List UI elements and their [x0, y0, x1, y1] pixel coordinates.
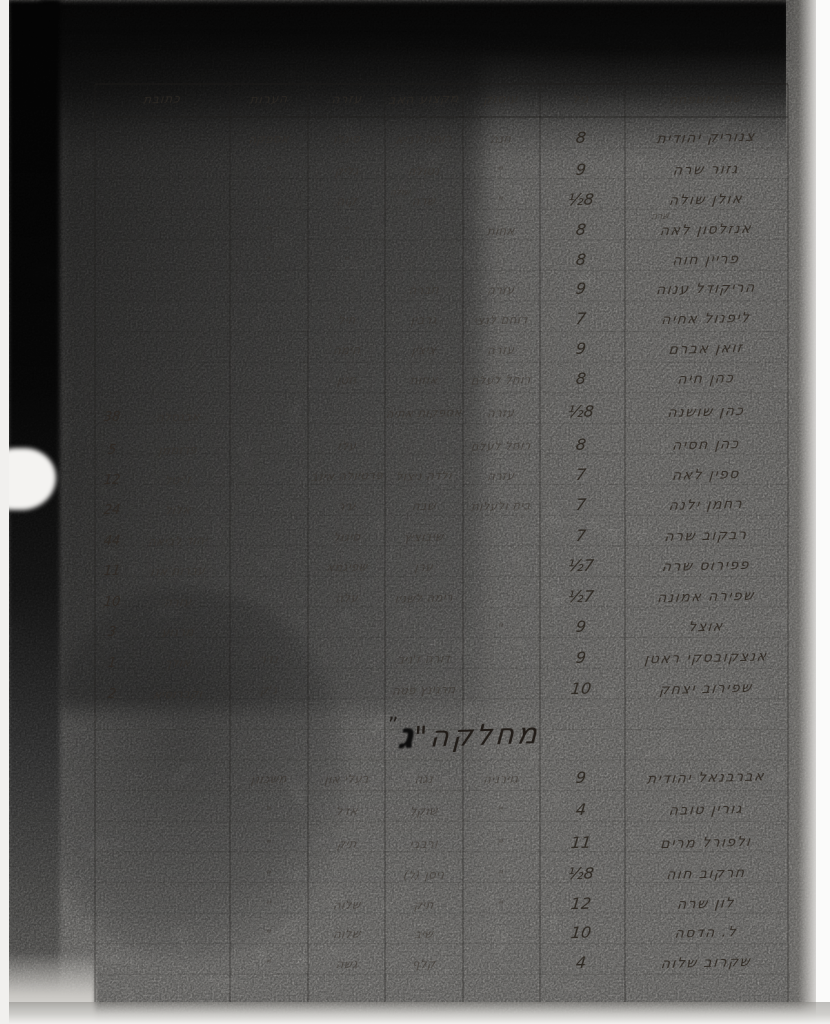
handwritten-cell: 10	[103, 595, 121, 610]
handwritten-cell: אלול	[164, 503, 191, 518]
handwritten-cell: "	[265, 254, 272, 268]
handwritten-cell: ערן	[414, 560, 434, 574]
handwritten-cell: חטן	[336, 373, 357, 388]
handwritten-cell: אדל	[335, 804, 358, 819]
pupil-name: ליפנול אחיה	[661, 310, 752, 328]
age-value: 4	[575, 953, 587, 972]
handwritten-cell: קוה	[336, 194, 358, 209]
column-header: מקצוע האב	[388, 91, 460, 107]
pupil-name: ל. הדסה	[674, 924, 738, 942]
handwritten-cell: פרטיולה אינב	[310, 468, 384, 484]
handwritten-cell: עזרה	[487, 343, 516, 358]
pupil-name: פריין חוה	[672, 251, 741, 269]
pupil-name: פפירוס שרה	[661, 557, 751, 575]
handwritten-cell: נגה	[414, 772, 434, 786]
age-value: 9	[575, 160, 587, 179]
handwritten-cell: "	[497, 837, 504, 851]
age-value: 8	[575, 250, 587, 269]
handwritten-cell: "	[497, 804, 504, 818]
handwritten-cell: בעלי און	[324, 771, 370, 786]
pupil-name: אוצל	[687, 619, 724, 636]
handwritten-cell: 44	[103, 534, 121, 549]
pupil-name: כהן חיה	[677, 370, 735, 387]
handwritten-cell: יהוד לביאה	[148, 533, 209, 549]
handwritten-cell: תיק	[336, 837, 357, 852]
handwritten-cell: שרה	[651, 212, 669, 222]
handwritten-cell: "	[265, 957, 272, 971]
handwritten-cell: פרוממן	[158, 442, 198, 457]
column-header: עיסוק	[483, 92, 519, 107]
handwritten-cell: גליק	[334, 164, 359, 179]
handwritten-cell: גרבין	[410, 313, 438, 328]
handwritten-cell: שיב	[414, 927, 434, 941]
handwritten-cell: עזרה	[164, 595, 193, 610]
pupil-name: גזור שרה	[672, 161, 739, 179]
pupil-name: זואן אברם	[668, 340, 744, 358]
age-value: 11	[570, 833, 592, 853]
handwritten-cell: רוחל לעלם	[470, 438, 531, 454]
handwritten-cell: "	[265, 927, 272, 941]
handwritten-cell: ניסן (ל)	[403, 867, 445, 882]
column-header: עזרה	[331, 92, 363, 107]
handwritten-cell: סיגול	[333, 530, 361, 545]
handwritten-cell: שבה	[411, 499, 436, 514]
age-value: 8	[575, 369, 587, 388]
handwritten-cell: אספקות אתיה	[385, 405, 462, 421]
column-header: גיל	[572, 92, 591, 106]
handwritten-cell: 2	[107, 687, 117, 702]
handwritten-cell: "	[265, 224, 272, 238]
handwritten-cell: עברות אנו	[150, 563, 206, 578]
divider-quote-mark: „	[388, 700, 398, 724]
age-value: 7	[575, 309, 587, 328]
handwritten-cell: חיל	[337, 313, 357, 327]
pupil-name: גורין טובה	[668, 801, 744, 819]
handwritten-cell: "	[497, 621, 504, 635]
handwritten-cell: 5	[107, 443, 117, 458]
handwritten-cell: 24	[103, 503, 121, 518]
handwritten-cell: שוקל	[409, 804, 438, 819]
age-value: 7½	[567, 587, 595, 607]
handwritten-cell: שפיגמא	[326, 559, 369, 574]
handwritten-cell: נטולה	[407, 164, 440, 179]
handwritten-cell: "	[497, 194, 504, 208]
handwritten-cell: קלף	[412, 957, 437, 972]
pupil-name: אנזלסון לאה	[659, 221, 753, 239]
section-divider-handwritten: מחלקה"ג	[396, 708, 635, 757]
handwritten-cell: "	[343, 254, 350, 268]
handwritten-cell: "	[265, 898, 272, 912]
handwritten-cell: 38	[103, 410, 121, 425]
pupil-name: אולן שולה	[668, 191, 743, 209]
column-header: הערות	[249, 92, 289, 107]
handwritten-cell: 11	[103, 564, 121, 579]
handwritten-cell: שרה	[411, 194, 436, 209]
handwritten-cell: "	[343, 224, 350, 238]
scanned-register-page: „ מחלקה"ג שם ומשפחהגילעיסוקמקצוע האבעזרה…	[0, 0, 830, 1024]
handwritten-cell: דורה ז'ניב	[397, 651, 452, 666]
handwritten-cell: "	[265, 164, 272, 178]
column-header: כתובת	[143, 92, 182, 107]
age-value: 9	[575, 617, 587, 636]
handwritten-cell: רוחה לביא	[395, 131, 453, 146]
handwritten-cell: תיק	[413, 898, 434, 913]
divider-letter: ג	[396, 716, 415, 758]
handwritten-cell: "	[497, 898, 504, 912]
handwritten-cell: ג'ק	[260, 683, 279, 697]
handwritten-cell: אחות	[409, 373, 438, 388]
age-value: 10	[570, 679, 592, 699]
handwritten-cell: גשה	[335, 957, 358, 972]
handwritten-cell: "	[265, 868, 272, 882]
pupil-name: שפירה אמונה	[656, 588, 755, 607]
handwritten-cell: 3	[107, 625, 117, 640]
age-value: 7½	[567, 556, 595, 576]
column-header: שם ומשפחה	[669, 91, 743, 107]
age-value: 7	[575, 465, 587, 484]
handwritten-cell: וקברוסיא	[153, 686, 204, 701]
handwritten-cell: חנה	[490, 132, 513, 147]
pupil-name: ולפורל מרים	[660, 834, 753, 852]
handwritten-cell: מרגוע	[161, 625, 194, 640]
pupil-name: לון שרה	[676, 895, 735, 913]
age-value: 7	[575, 526, 587, 545]
handwritten-cell: הימה	[333, 343, 362, 358]
handwritten-cell: אספקה	[248, 131, 290, 146]
handwritten-cell: 1	[107, 656, 117, 671]
handwritten-cell: חברה	[408, 283, 440, 298]
handwriting-layer: „ מחלקה"ג שם ומשפחהגילעיסוקמקצוע האבעזרה…	[0, 0, 830, 1024]
pupil-name: רחמן ילנה	[668, 496, 744, 514]
handwritten-cell: ורבבי	[409, 837, 438, 852]
handwritten-cell: מרגינץ פטה	[392, 682, 457, 698]
pupil-name: צנוריק יהודית	[656, 129, 757, 148]
handwritten-cell: אבגסלה	[155, 409, 200, 424]
handwritten-cell: עזרה	[487, 406, 516, 421]
age-value: 9	[575, 648, 587, 667]
age-value: 8½	[567, 190, 595, 210]
age-value: 9	[575, 339, 587, 358]
handwritten-cell: עלז	[337, 439, 358, 453]
age-value: 8½	[567, 864, 595, 884]
handwritten-cell: עזרה	[487, 283, 516, 298]
handwritten-cell: עלה	[335, 591, 359, 606]
handwritten-cell: 12	[103, 473, 121, 488]
age-value: 8	[575, 128, 587, 147]
pupil-name: הריקודל ענוה	[655, 280, 756, 299]
handwritten-cell: ז'יטל	[164, 473, 192, 488]
handwritten-cell: משכונן	[250, 772, 287, 787]
pupil-name: ספין לאה	[671, 466, 740, 484]
age-value: 7	[575, 495, 587, 514]
handwritten-cell: סיגלו	[333, 132, 361, 147]
pupil-name: אנצקובסקי ראטן	[644, 648, 769, 667]
pupil-name: אברבנאל יהודית	[646, 768, 766, 787]
handwritten-cell: שלוה	[333, 898, 362, 913]
handwritten-cell: אחות	[486, 224, 515, 239]
handwritten-cell: שלוה	[333, 927, 362, 942]
pupil-name: כהן שושנה	[667, 403, 745, 421]
handwritten-cell: "	[265, 804, 272, 818]
age-value: 8½	[567, 402, 595, 422]
handwritten-cell: "	[265, 194, 272, 208]
handwritten-cell: אולך	[165, 656, 192, 671]
age-value: 9	[575, 279, 587, 298]
handwritten-cell: "	[497, 164, 504, 178]
handwritten-cell: שולה	[390, 188, 411, 199]
age-value: 4	[575, 800, 587, 819]
pupil-name: חרקוב חוה	[666, 865, 747, 883]
age-value: 8	[575, 435, 587, 454]
divider-word: מחלקה	[429, 716, 541, 754]
handwritten-cell: ציצין	[411, 343, 437, 358]
pupil-name: כהן חסיה	[671, 436, 740, 454]
handwritten-cell: רוחם לנצי	[474, 312, 529, 327]
handwritten-cell: שיבוציץ	[403, 529, 444, 544]
pupil-name: שפירוב יצחק	[659, 680, 754, 698]
handwritten-cell: עיר	[337, 499, 356, 513]
handwritten-cell: "	[265, 837, 272, 851]
handwritten-cell: בית ולעלות	[470, 498, 531, 514]
age-value: 8	[575, 220, 587, 239]
handwritten-cell: עזרה	[487, 469, 516, 484]
handwritten-cell: "	[497, 868, 504, 882]
pupil-name: רבקוב שרה	[664, 527, 749, 545]
age-value: 12	[570, 894, 592, 914]
pupil-name: שקרוב שלוה	[660, 954, 752, 972]
handwritten-cell: רימה לשניו	[394, 590, 454, 606]
age-value: 9	[575, 768, 587, 787]
handwritten-cell: גוירניה	[483, 772, 520, 787]
handwritten-cell: ולדה ניצול	[395, 468, 452, 483]
handwritten-cell: רוחל לעלם	[470, 372, 531, 388]
handwritten-cell: נדר	[259, 652, 279, 666]
age-value: 10	[570, 923, 592, 943]
